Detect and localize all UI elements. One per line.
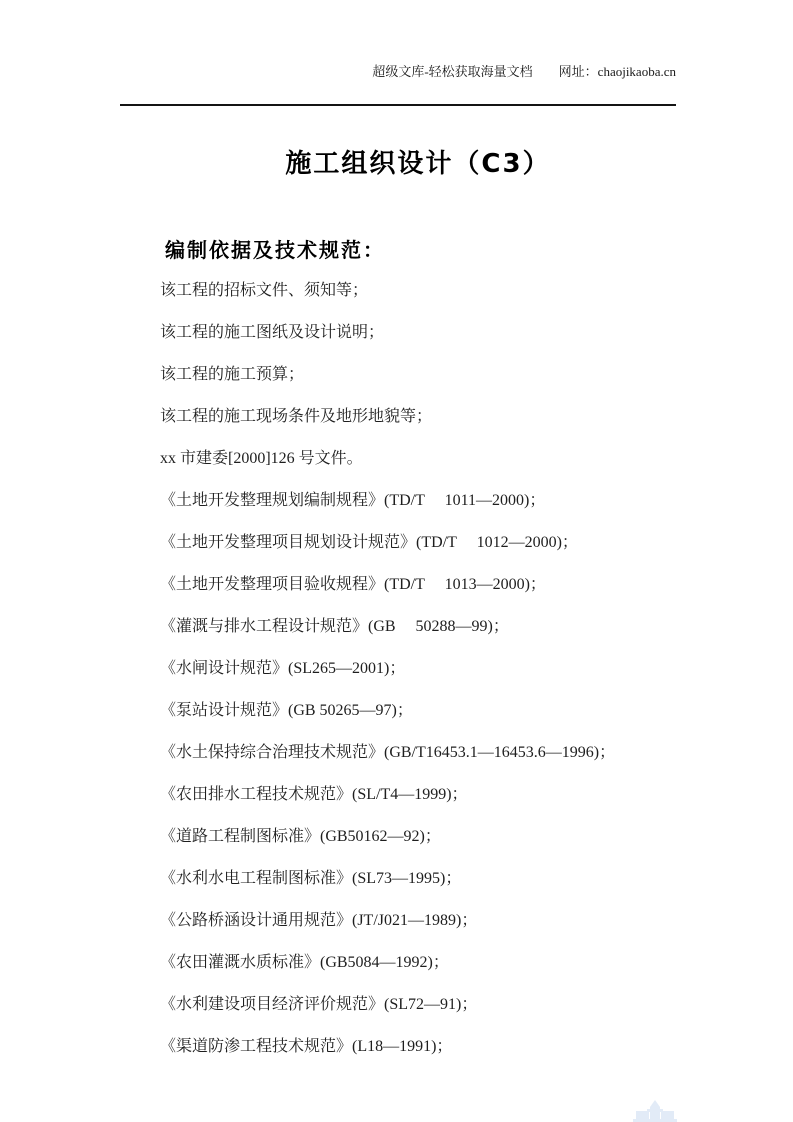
paragraph-line: 《土地开发整理规划编制规程》(TD/T 1011—2000)； — [160, 480, 693, 522]
document-title: 施工组织设计（C3） — [160, 150, 676, 178]
paragraph-line: 《公路桥涵设计通用规范》(JT/J021—1989)； — [160, 900, 693, 942]
paragraph-line: 《土地开发整理项目验收规程》(TD/T 1013—2000)； — [160, 564, 693, 606]
header-url: chaojikaoba.cn — [598, 64, 676, 79]
paragraph-line: 《土地开发整理项目规划设计规范》(TD/T 1012—2000)； — [160, 522, 693, 564]
paragraph-line: 《水利水电工程制图标准》(SL73—1995)； — [160, 858, 693, 900]
paragraph-line: 《水闸设计规范》(SL265—2001)； — [160, 648, 693, 690]
paragraph-line: 该工程的招标文件、须知等； — [160, 270, 693, 312]
castle-logo-icon — [633, 1100, 677, 1122]
paragraph-line: 《泵站设计规范》(GB 50265—97)； — [160, 690, 693, 732]
paragraph-line: 该工程的施工现场条件及地形地貌等； — [160, 396, 693, 438]
section-heading: 编制依据及技术规范： — [165, 238, 676, 262]
paragraph-list: 该工程的招标文件、须知等； 该工程的施工图纸及设计说明； 该工程的施工预算； 该… — [160, 270, 693, 1068]
paragraph-line: xx 市建委[2000]126 号文件。 — [160, 438, 693, 480]
page-header: 超级文库-轻松获取海量文档网址：chaojikaoba.cn — [120, 48, 676, 106]
paragraph-line: 《道路工程制图标准》(GB50162—92)； — [160, 816, 693, 858]
header-site-text: 超级文库-轻松获取海量文档 — [372, 64, 532, 79]
paragraph-line: 《水土保持综合治理技术规范》(GB/T16453.1—16453.6—1996)… — [160, 732, 693, 774]
paragraph-line: 《渠道防渗工程技术规范》(L18—1991)； — [160, 1026, 693, 1068]
paragraph-line: 《农田灌溉水质标准》(GB5084—1992)； — [160, 942, 693, 984]
paragraph-line: 该工程的施工预算； — [160, 354, 693, 396]
paragraph-line: 《农田排水工程技术规范》(SL/T4—1999)； — [160, 774, 693, 816]
document-page: 超级文库-轻松获取海量文档网址：chaojikaoba.cn 施工组织设计（C3… — [0, 0, 793, 1122]
paragraph-line: 该工程的施工图纸及设计说明； — [160, 312, 693, 354]
paragraph-line: 《灌溉与排水工程设计规范》(GB 50288—99)； — [160, 606, 693, 648]
header-url-label: 网址： — [559, 64, 598, 79]
paragraph-line: 《水利建设项目经济评价规范》(SL72—91)； — [160, 984, 693, 1026]
